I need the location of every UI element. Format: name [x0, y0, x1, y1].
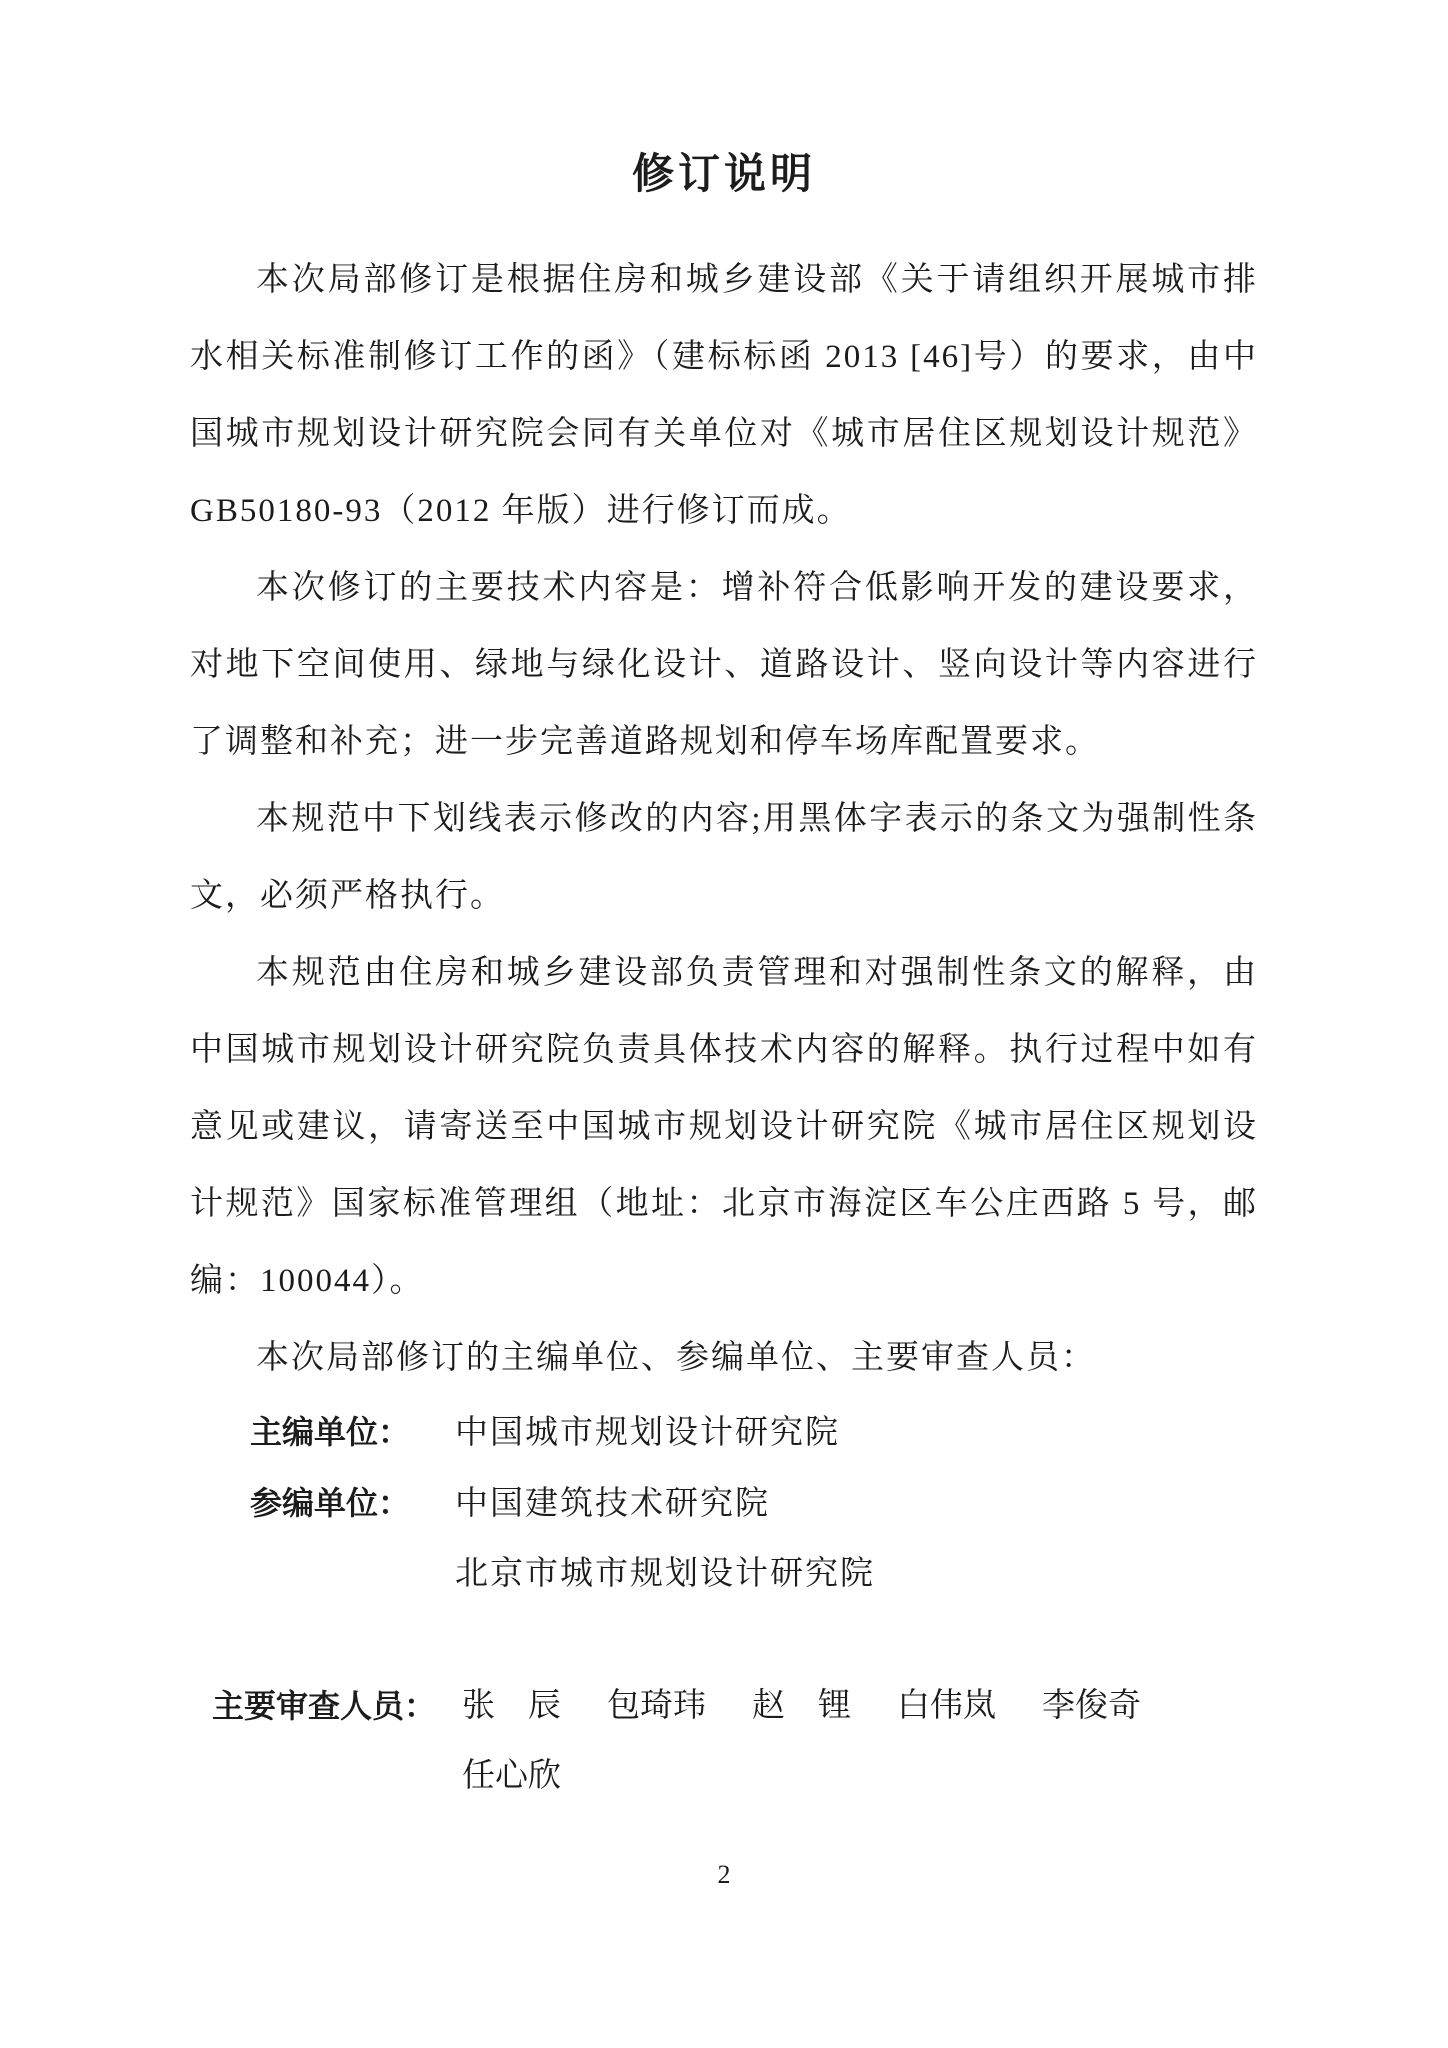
reviewer-names-line-2: 任心欣	[462, 1741, 1141, 1811]
reviewer-name: 任心欣	[462, 1741, 561, 1811]
reviewers-label: 主要审查人员：	[212, 1671, 462, 1741]
participating-editor-value-1: 中国建筑技术研究院	[455, 1469, 770, 1539]
reviewer-names: 张 辰 包琦玮 赵 锂 白伟岚 李俊奇 任心欣	[462, 1671, 1141, 1811]
body-text: 本次局部修订是根据住房和城乡建设部《关于请组织开展城市排水相关标准制修订工作的函…	[190, 242, 1258, 1397]
paragraph-2: 本次修订的主要技术内容是：增补符合低影响开发的建设要求，对地下空间使用、绿地与绿…	[190, 550, 1258, 781]
reviewer-name: 包琦玮	[607, 1671, 706, 1741]
paragraph-4: 本规范由住房和城乡建设部负责管理和对强制性条文的解释，由中国城市规划设计研究院负…	[190, 935, 1258, 1320]
reviewer-name: 李俊奇	[1042, 1671, 1141, 1741]
chief-editor-value: 中国城市规划设计研究院	[455, 1398, 840, 1468]
credits-intro: 本次局部修订的主编单位、参编单位、主要审查人员：	[190, 1320, 1258, 1397]
paragraph-3: 本规范中下划线表示修改的内容;用黑体字表示的条文为强制性条文，必须严格执行。	[190, 781, 1258, 935]
chief-editor-label: 主编单位：	[250, 1397, 455, 1467]
chief-editor-row: 主编单位： 中国城市规划设计研究院	[190, 1397, 1258, 1468]
page: 修订说明 本次局部修订是根据住房和城乡建设部《关于请组织开展城市排水相关标准制修…	[0, 0, 1448, 2048]
reviewer-name: 白伟岚	[897, 1671, 996, 1741]
reviewer-name: 赵 锂	[752, 1671, 851, 1741]
document-title: 修订说明	[190, 142, 1258, 206]
participating-editor-label: 参编单位：	[250, 1468, 455, 1538]
participating-editor-row-2: 北京市城市规划设计研究院	[190, 1539, 1258, 1609]
reviewer-names-line-1: 张 辰 包琦玮 赵 锂 白伟岚 李俊奇	[462, 1671, 1141, 1741]
paragraph-1: 本次局部修订是根据住房和城乡建设部《关于请组织开展城市排水相关标准制修订工作的函…	[190, 242, 1258, 550]
participating-editor-value-2: 北京市城市规划设计研究院	[455, 1539, 875, 1609]
page-number: 2	[190, 1855, 1258, 1895]
participating-editor-row: 参编单位： 中国建筑技术研究院	[190, 1468, 1258, 1539]
reviewer-name: 张 辰	[462, 1671, 561, 1741]
credits-section: 主编单位： 中国城市规划设计研究院 参编单位： 中国建筑技术研究院 北京市城市规…	[190, 1397, 1258, 1609]
reviewers-section: 主要审查人员： 张 辰 包琦玮 赵 锂 白伟岚 李俊奇 任心欣	[190, 1671, 1258, 1811]
